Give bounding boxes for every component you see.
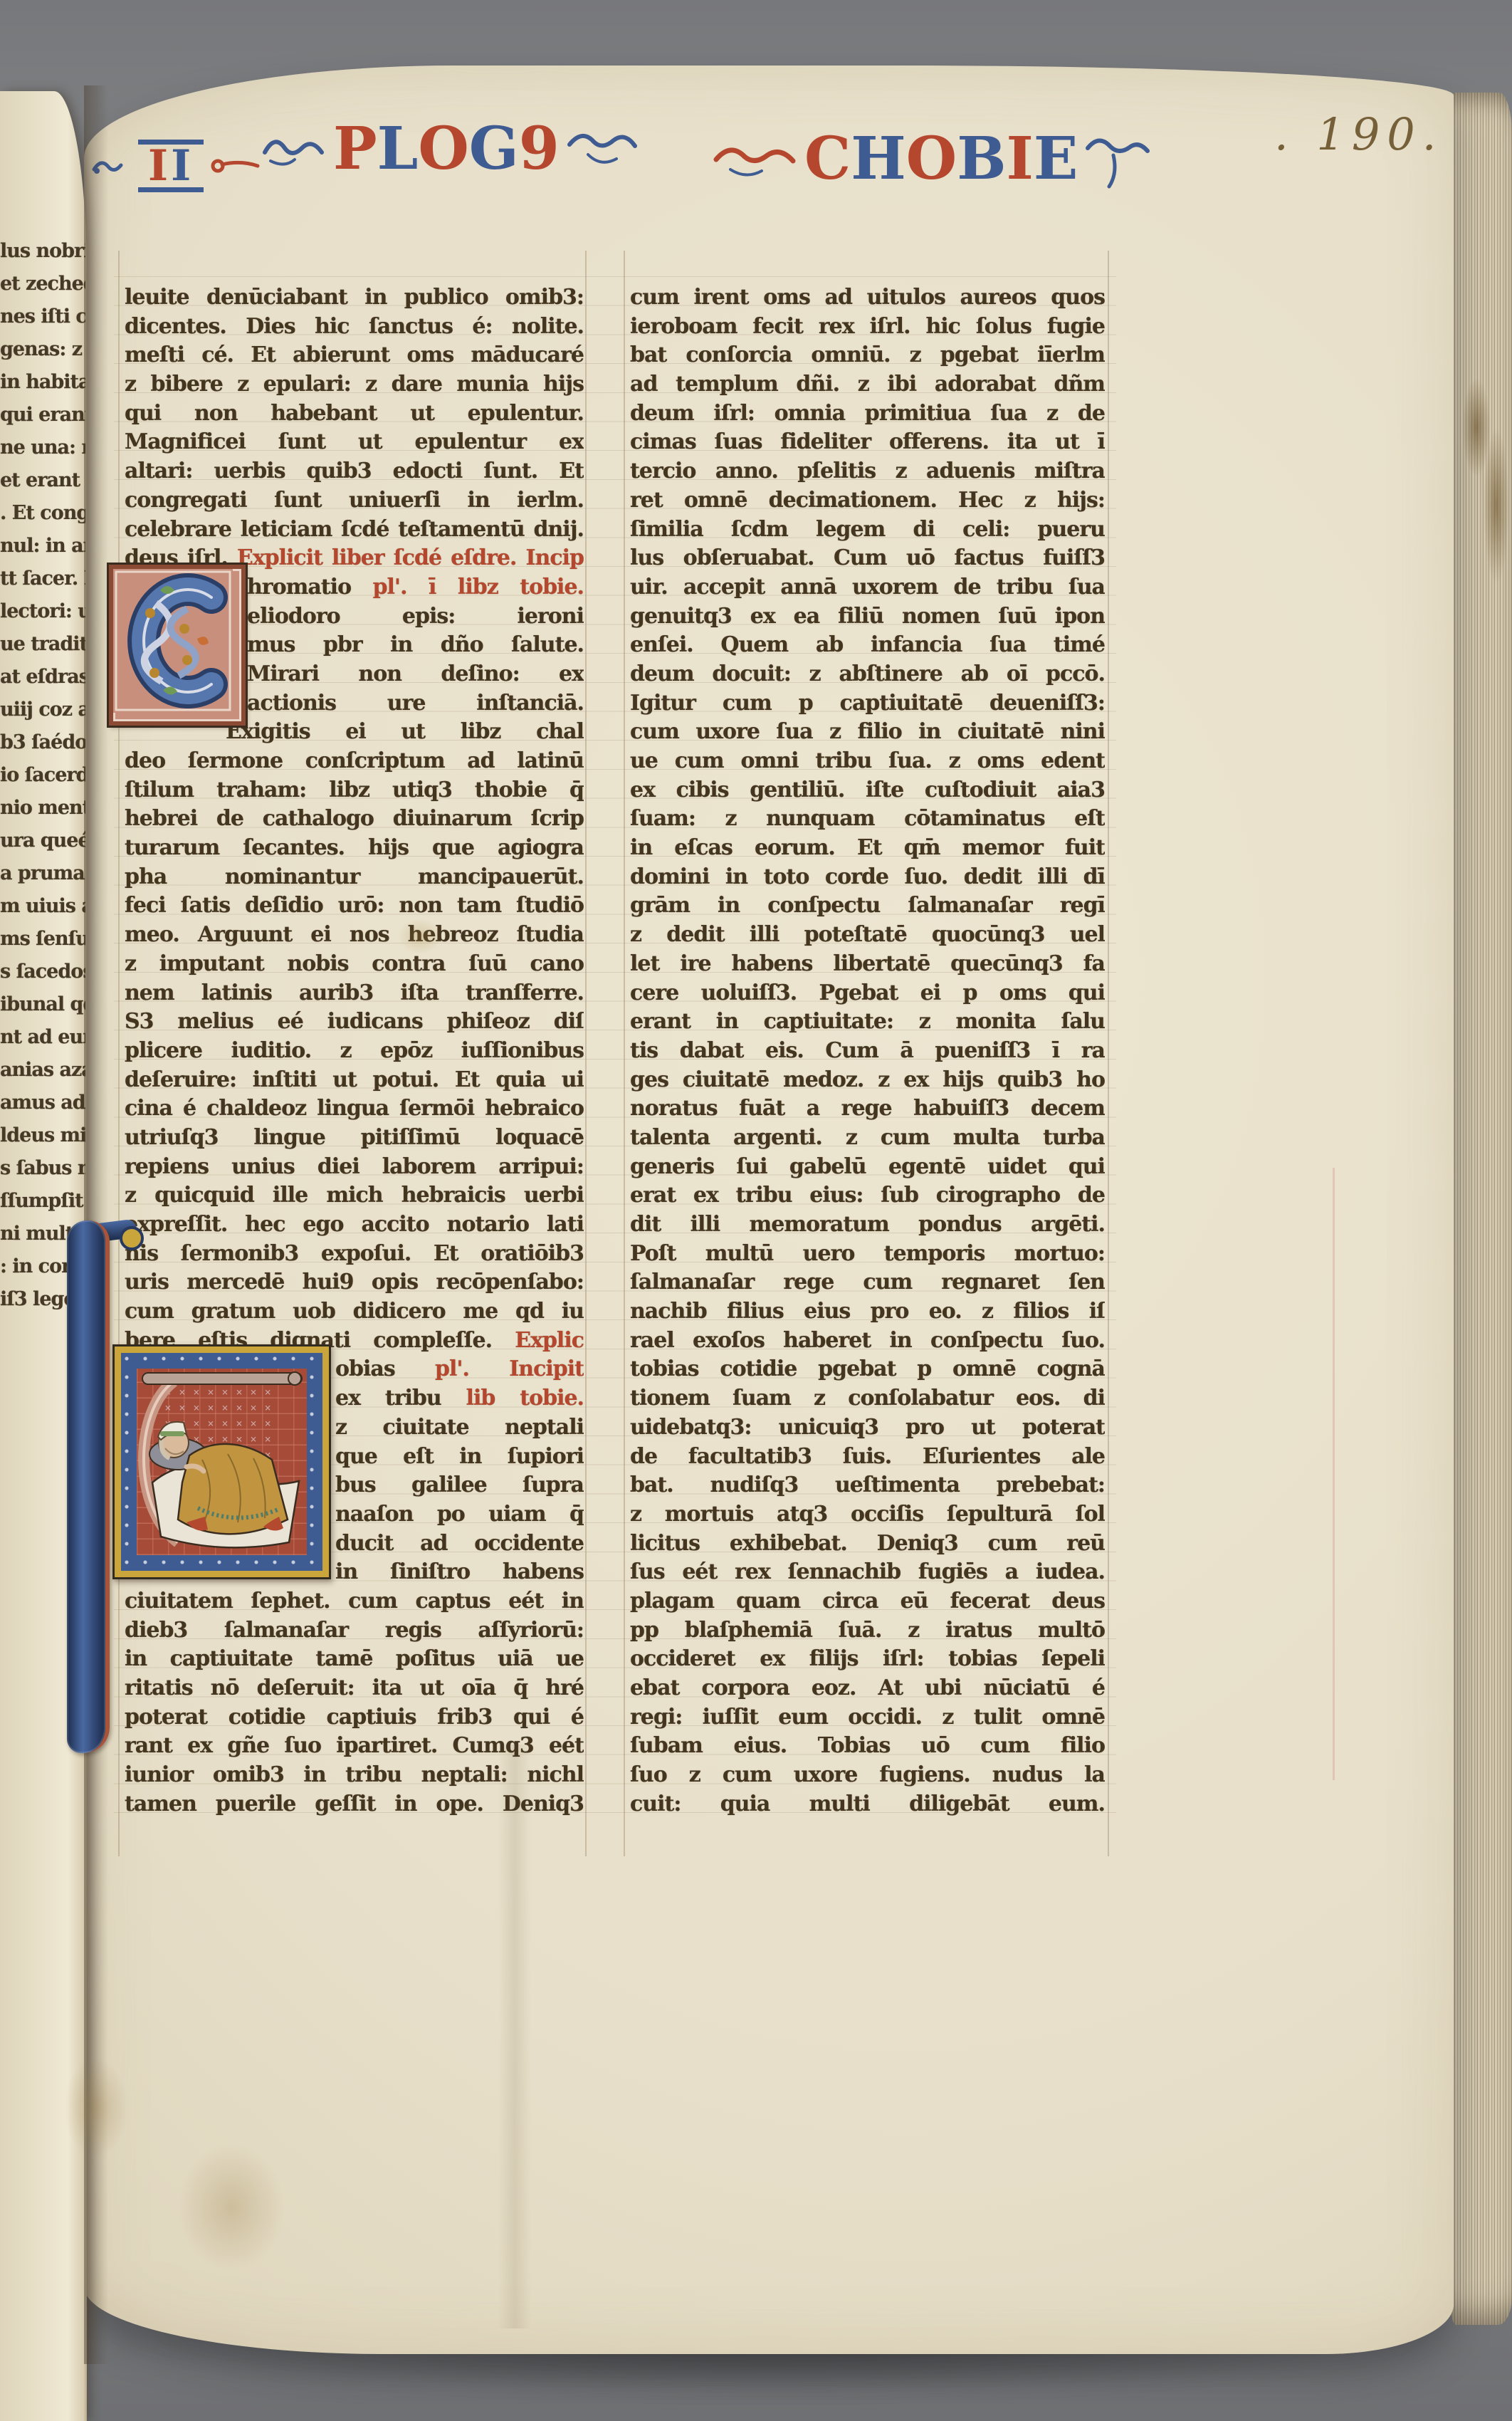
body-text: lus obſeruabat. Cum uō factus fuiſſ3 xyxy=(630,545,1105,570)
flourish-icon xyxy=(1085,127,1150,191)
text-line: cum gratum uob didicero me qd iu xyxy=(125,1297,584,1327)
rubric-text: pl'. ī libz tobie. xyxy=(373,575,584,600)
body-text: pha nominantur mancipauerūt. xyxy=(125,864,584,889)
text-line: noratus fuāt a rege habuiſſ3 decem xyxy=(630,1094,1105,1124)
text-line: Igitur cum p captiuitatē deueniſſ3: xyxy=(630,689,1105,718)
miniature-diaper-ground: ××××××××××××××××××××××××××××××××××××××××… xyxy=(137,1369,307,1555)
text-line: ſuam: z nunquam cōtaminatus eſt xyxy=(630,805,1105,834)
prev-leaf-text-line: ne una: nou xyxy=(0,432,85,464)
body-text: uris mercedē hui9 opis recōpenſabo: xyxy=(125,1270,584,1295)
text-line: ret omnē decimationem. Hec z hijs: xyxy=(630,486,1105,516)
body-text: eliodoro epis: ieroni xyxy=(247,604,584,629)
text-line: expreſſit. hec ego accito notario lati xyxy=(125,1210,584,1240)
text-line: plagam quam circa eū fecerat deus xyxy=(630,1587,1105,1616)
text-line: dieb3 ſalmanaſar regis aſſyriorū: xyxy=(125,1616,584,1646)
prev-leaf-text-line: nio mentis ſ xyxy=(0,792,85,825)
text-line: rant ex gñe ſuo ipartiret. Cumq3 eét xyxy=(125,1732,584,1761)
text-line: let ire habens libertatē quecūnq3 fa xyxy=(630,950,1105,979)
prev-leaf-text-line: et erant filij iſ xyxy=(0,464,85,497)
text-line: in eſcas eorum. Et qm̄ memor fuit xyxy=(630,834,1105,863)
body-text: ſimilia ſcdm legem di celi: pueru xyxy=(630,517,1105,542)
text-line: deum iſrl: omnia primitiua ſua z de xyxy=(630,399,1105,429)
text-line: generis ſui gabelū egentē uidet qui xyxy=(630,1153,1105,1182)
body-text: nem latinis aurib3 iſta tranſferre. xyxy=(125,981,584,1005)
text-line: talenta argenti. z cum multa turba xyxy=(630,1124,1105,1153)
body-text: genuitq3 ex ea filiū nomen ſuū ipon xyxy=(630,604,1105,629)
title-letters-prologus: PLOG9 xyxy=(333,120,560,178)
text-line: plicere iuditio. z epōz iuſſionibus xyxy=(125,1037,584,1066)
body-text: congregati ſunt uniuerſi in ierlm. xyxy=(125,488,584,513)
text-line: ebat corpora eoz. At ubi nūciatū é xyxy=(630,1674,1105,1703)
initial-extension-knob xyxy=(120,1226,144,1250)
body-text: deum iſrl: omnia primitiua ſua z de xyxy=(630,401,1105,426)
text-line: grām in conſpectu ſalmanaſar regī xyxy=(630,891,1105,921)
text-line: z dedit illi poteſtatē quocūnq3 uel xyxy=(630,921,1105,950)
prev-leaf-text-line: io ſacerdotib3 xyxy=(0,759,85,792)
body-text: repiens unius diei laborem arripui: xyxy=(125,1154,584,1179)
body-text: actionis ure inſtanciā. xyxy=(247,691,584,716)
body-text: Mirari non deſino: ex xyxy=(247,662,584,686)
body-text: in eſcas eorum. Et qm̄ memor fuit xyxy=(630,835,1105,860)
body-text: let ire habens libertatē quecūnq3 fa xyxy=(630,951,1105,976)
body-text: cum irent oms ad uitulos aureos quos xyxy=(630,285,1105,310)
body-text: domini in toto corde ſuo. dedit illi dī xyxy=(630,864,1105,889)
body-text: poterat cotidie captiuis frib3 qui é xyxy=(125,1705,584,1730)
body-text: Poſt multū uero temporis mortuo: xyxy=(630,1241,1105,1266)
body-text: licitus exhibebat. Deniq3 cum reū xyxy=(630,1531,1105,1556)
folio-number: . 190. xyxy=(1274,108,1443,160)
body-text: tis dabat eis. Cum ā pueniſſ3 ī ra xyxy=(630,1038,1105,1063)
prev-leaf-text-line: uiij coz auit xyxy=(0,694,85,726)
text-line: licitus exhibebat. Deniq3 cum reū xyxy=(630,1530,1105,1559)
body-text: tionem ſuam z conſolabatur eos. di xyxy=(630,1386,1105,1411)
historiated-initial-T-miniature: ××××××××××××××××××××××××××××××××××××××××… xyxy=(112,1344,331,1579)
text-line: z mortuis atq3 occiſis ſepulturā ſol xyxy=(630,1500,1105,1530)
body-text: rael exoſos haberet in conſpectu ſuo. xyxy=(630,1328,1105,1353)
body-text: deum docuit: z abſtinere ab oī pccō. xyxy=(630,662,1105,686)
text-line: repiens unius diei laborem arripui: xyxy=(125,1153,584,1182)
body-text: dicentes. Dies hic ſanctus é: nolite. xyxy=(125,314,584,339)
parchment-stain xyxy=(178,2143,285,2271)
body-text: cum uxore ſua z filio in ciuitatē nini xyxy=(630,719,1105,744)
text-line: z bibere z epulari: z dare munia hijs xyxy=(125,370,584,399)
body-text: S3 melius eé iudicans phiſeoz diſ xyxy=(125,1009,584,1034)
prev-leaf-text-line: nul: in arcam xyxy=(0,530,85,563)
header-letter: L xyxy=(377,115,419,183)
text-line: pha nominantur mancipauerūt. xyxy=(125,863,584,892)
body-text: noratus fuāt a rege habuiſſ3 decem xyxy=(630,1096,1105,1121)
body-text: tobias cotidie pgebat p omnē cognā xyxy=(630,1356,1105,1381)
prev-leaf-text-line: genas: z dim xyxy=(0,333,85,366)
body-text: naaſon po uiam q̄ xyxy=(335,1502,584,1527)
body-text: meo. Arguunt ei nos hebreoz ſtudia xyxy=(125,922,584,947)
rubric-text: Explic xyxy=(515,1328,584,1353)
text-line: cum irent oms ad uitulos aureos quos xyxy=(630,283,1105,313)
header-letter: C xyxy=(804,125,851,193)
text-line: ſuo z cum uxore fugiens. nudus la xyxy=(630,1761,1105,1790)
body-text: tercio anno. pſelitis z aduenis miſtra xyxy=(630,459,1105,483)
initial-C-artwork xyxy=(113,569,233,713)
text-line: de facultatib3 ſuis. Eſurientes ale xyxy=(630,1443,1105,1472)
text-column-left: leuite denūciabant in publico omib3:dice… xyxy=(125,283,584,1819)
ruling-vertical xyxy=(1108,251,1109,1856)
prev-leaf-text-line: s ſacedos z le xyxy=(0,956,85,988)
body-text: z dedit illi poteſtatē quocūnq3 uel xyxy=(630,922,1105,947)
body-text: hromatio xyxy=(247,575,373,600)
body-text: deſeruire: inſtiti ut potui. Et quia ui xyxy=(125,1067,584,1092)
numeral-letters: II xyxy=(138,140,204,192)
body-text: erant in captiuitate: z monita ſalu xyxy=(630,1009,1105,1034)
previous-leaf-text: lus nobri: yet zecheda ſenes iſti cōmgen… xyxy=(0,235,85,1316)
prev-leaf-text-line: lus nobri: y xyxy=(0,235,85,268)
text-line: turarum ſecantes. hijs que agiogra xyxy=(125,834,584,863)
text-line: nem latinis aurib3 iſta tranſferre. xyxy=(125,979,584,1008)
bleed-through-line xyxy=(1333,1168,1335,1780)
text-line: genuitq3 ex ea filiū nomen ſuū ipon xyxy=(630,602,1105,632)
body-text: bat. nudiſq3 ueſtimenta prebebat: xyxy=(630,1473,1105,1497)
text-line: iunior omib3 in tribu neptali: nichl xyxy=(125,1761,584,1790)
body-text: z mortuis atq3 occiſis ſepulturā ſol xyxy=(630,1502,1105,1527)
text-line: pp blaſphemiā ſuā. z iratus multō xyxy=(630,1616,1105,1646)
text-line: celebrare leticiam ſcdé teſtamentū dnij. xyxy=(125,516,584,545)
body-text: ex tribu xyxy=(335,1386,466,1411)
body-text: nachib filius eius pro eo. z filios iſ xyxy=(630,1299,1105,1324)
body-text: ſuo z cum uxore fugiens. nudus la xyxy=(630,1762,1105,1787)
text-line: uir. accepit annā uxorem de tribu ſua xyxy=(630,573,1105,602)
prev-leaf-text-line: nes iſti cōm xyxy=(0,300,85,333)
text-line: cina é chaldeoz lingua ſermōi hebraico xyxy=(125,1094,584,1124)
text-line: poterat cotidie captiuis frib3 qui é xyxy=(125,1703,584,1732)
body-text: ſtilum traham: libz utiq3 thobie q̄ xyxy=(125,778,584,802)
running-title-right: CHOBIE xyxy=(712,127,1150,191)
body-text: rant ex gñe ſuo ipartiret. Cumq3 eét xyxy=(125,1733,584,1758)
text-line: ritatis nō deſeruit: ita ut oīa q̄ hré xyxy=(125,1674,584,1703)
text-line: tobias cotidie pgebat p omnē cognā xyxy=(630,1355,1105,1384)
body-text: nis ſermonib3 expoſui. Et oratiōib3 xyxy=(125,1241,584,1266)
body-text: de facultatib3 ſuis. Eſurientes ale xyxy=(630,1444,1105,1469)
body-text: ges ciuitatē medoz. z ex hijs quib3 ho xyxy=(630,1067,1105,1092)
header-letter: G xyxy=(469,115,519,183)
rubric-text: pl'. Incipit xyxy=(435,1356,584,1381)
ruling-vertical xyxy=(624,251,625,1856)
body-text: cere uoluiſſ3. Pgebat ei p oms qui xyxy=(630,981,1105,1005)
header-letter: E xyxy=(1034,125,1078,193)
fore-edge-page-stack xyxy=(1449,93,1512,2325)
text-line: deo ſermone conſcriptum ad latinū xyxy=(125,747,584,776)
prev-leaf-text-line: ldeus miſael xyxy=(0,1119,85,1152)
prev-leaf-text-line: et zecheda ſe xyxy=(0,268,85,300)
parchment-stain xyxy=(64,2058,128,2158)
body-text: deo ſermone conſcriptum ad latinū xyxy=(125,748,584,773)
prev-leaf-text-line: a pruma liur xyxy=(0,857,85,890)
text-line: utriuſq3 lingue pitiſſimū loquacē xyxy=(125,1124,584,1153)
body-text: in captiuitate tamē poſitus uiā ue xyxy=(125,1646,584,1671)
body-text: meſti cé. Et abierunt oms māducaré xyxy=(125,343,584,367)
body-text: dit illi memoratum pondus argēti. xyxy=(630,1212,1105,1237)
body-text: ebat corpora eoz. At ubi nūciatū é xyxy=(630,1675,1105,1700)
text-line: Magnificei ſunt ut epulentur ex xyxy=(125,428,584,457)
body-text: pp blaſphemiā ſuā. z iratus multō xyxy=(630,1618,1105,1643)
body-text: feci ſatis deſidio urō: non tam ſtudiō xyxy=(125,893,584,918)
body-text: bus galilee ſupra xyxy=(335,1473,584,1497)
text-line: S3 melius eé iudicans phiſeoz diſ xyxy=(125,1008,584,1037)
text-line: erant in captiuitate: z monita ſalu xyxy=(630,1008,1105,1037)
text-line: rael exoſos haberet in conſpectu ſuo. xyxy=(630,1327,1105,1356)
rubric-text: Explicit liber ſcdé eſdre. Incip xyxy=(237,545,584,570)
body-text: Igitur cum p captiuitatē deueniſſ3: xyxy=(630,691,1105,716)
prev-leaf-text-line: amus ad de xyxy=(0,1087,85,1119)
text-line: meo. Arguunt ei nos hebreoz ſtudia xyxy=(125,921,584,950)
body-text: Magnificei ſunt ut epulentur ex xyxy=(125,429,584,454)
text-line: meſti cé. Et abierunt oms māducaré xyxy=(125,341,584,370)
prev-leaf-text-line: ue tradita é a xyxy=(0,628,85,661)
text-line: ſtilum traham: libz utiq3 thobie q̄ xyxy=(125,776,584,805)
ruling-vertical xyxy=(118,251,120,1856)
body-text: z imputant nobis contra ſuū cano xyxy=(125,951,584,976)
text-line: dit illi memoratum pondus argēti. xyxy=(630,1210,1105,1240)
parchment-crease xyxy=(498,1745,531,2328)
decorated-initial-C xyxy=(109,565,246,726)
text-line: cuit: quia multi diligebāt eum. xyxy=(630,1790,1105,1819)
ruling-vertical xyxy=(585,251,587,1856)
body-text: enſei. Quem ab infancia ſua timé xyxy=(630,632,1105,657)
body-text: altari: uerbis quib3 edocti ſunt. Et xyxy=(125,459,584,483)
running-title-left: PLOG9 xyxy=(261,120,638,178)
text-line: hebrei de cathalogo diuinarum ſcrip xyxy=(125,805,584,834)
prev-leaf-text-line: nt ad eum xyxy=(0,1021,85,1054)
body-text: celebrare leticiam ſcdé teſtamentū dnij. xyxy=(125,517,584,542)
text-line: ieroboam fecit rex iſrl. hic ſolus fugie xyxy=(630,313,1105,342)
prev-leaf-text-line: m uiuis ami xyxy=(0,890,85,923)
body-text: Exigitis ei ut libz chal xyxy=(226,719,584,744)
body-text: erat ex tribu eius: ſub cirographo de xyxy=(630,1183,1105,1208)
tobit-sleeping-scene xyxy=(137,1369,307,1555)
body-text: ſalmanaſar rege cum regnaret ſen xyxy=(630,1270,1105,1295)
flourish-icon xyxy=(261,124,326,174)
text-line: domini in toto corde ſuo. dedit illi dī xyxy=(630,863,1105,892)
text-line: regi: iuſſit eum occidi. z tulit omnē xyxy=(630,1703,1105,1732)
text-line: enſei. Quem ab infancia ſua timé xyxy=(630,631,1105,660)
prev-leaf-text-line: ms ſenſum a xyxy=(0,923,85,956)
text-line: ſimilia ſcdm legem di celi: pueru xyxy=(630,516,1105,545)
text-line: tamen puerile geſſit in ope. Deniq3 xyxy=(125,1790,584,1819)
body-text: generis ſui gabelū egentē uidet qui xyxy=(630,1154,1105,1179)
body-text: cina é chaldeoz lingua ſermōi hebraico xyxy=(125,1096,584,1121)
body-text: ex cibis gentiliū. iſte cuſtodiuit aia3 xyxy=(630,778,1105,802)
text-line: qui non habebant ut epulentur. xyxy=(125,399,584,429)
text-line: tis dabat eis. Cum ā pueniſſ3 ī ra xyxy=(630,1037,1105,1066)
body-text: cuit: quia multi diligebāt eum. xyxy=(630,1792,1105,1816)
header-letter: I xyxy=(171,141,194,191)
body-text: iunior omib3 in tribu neptali: nichl xyxy=(125,1762,584,1787)
fore-edge-stain xyxy=(1484,427,1509,584)
body-text: expreſſit. hec ego accito notario lati xyxy=(125,1212,584,1237)
parchment-stain xyxy=(399,919,441,954)
text-line: ue cum omni tribu ſua. z oms edent xyxy=(630,747,1105,776)
body-text: talenta argenti. z cum multa turba xyxy=(630,1125,1105,1150)
text-line: cere uoluiſſ3. Pgebat ei p oms qui xyxy=(630,979,1105,1008)
flourish-icon xyxy=(567,120,638,177)
prev-leaf-text-line: in habitau xyxy=(0,366,85,399)
prev-leaf-text-line: b3 ſaédo xyxy=(0,726,85,759)
body-text: ieroboam fecit rex iſrl. hic ſolus fugie xyxy=(630,314,1105,339)
body-text: tamen puerile geſſit in ope. Deniq3 xyxy=(125,1792,584,1816)
text-line: ciuitatem ſephet. cum captus eét in xyxy=(125,1587,584,1616)
body-text: qui non habebant ut epulentur. xyxy=(125,401,584,426)
header-letter: I xyxy=(1007,125,1034,193)
body-text: hebrei de cathalogo diuinarum ſcrip xyxy=(125,806,584,831)
text-line: cum uxore ſua z filio in ciuitatē nini xyxy=(630,718,1105,747)
prev-leaf-text-line: ibunal qd ſ xyxy=(0,988,85,1021)
body-text: ue cum omni tribu ſua. z oms edent xyxy=(630,748,1105,773)
prev-leaf-text-line: at eſdras pri xyxy=(0,661,85,694)
text-line: feci ſatis deſidio urō: non tam ſtudiō xyxy=(125,891,584,921)
text-line: ſalmanaſar rege cum regnaret ſen xyxy=(630,1268,1105,1297)
body-text: regi: iuſſit eum occidi. z tulit omnē xyxy=(630,1705,1105,1730)
manuscript-photo: II PLOG9 CHOBIE . 190. lus nobri: yet ze… xyxy=(0,0,1512,2421)
text-line: nachib filius eius pro eo. z filios iſ xyxy=(630,1297,1105,1327)
body-text: ciuitatem ſephet. cum captus eét in xyxy=(125,1589,584,1614)
text-line: ex cibis gentiliū. iſte cuſtodiuit aia3 xyxy=(630,776,1105,805)
text-line: leuite denūciabant in publico omib3: xyxy=(125,283,584,313)
prev-leaf-text-line: qui erant er xyxy=(0,399,85,432)
body-text: dieb3 ſalmanaſar regis aſſyriorū: xyxy=(125,1618,584,1643)
body-text: utriuſq3 lingue pitiſſimū loquacē xyxy=(125,1125,584,1150)
text-line: uris mercedē hui9 opis recōpenſabo: xyxy=(125,1268,584,1297)
prev-leaf-text-line: anias azari xyxy=(0,1054,85,1087)
initial-extension-bar xyxy=(67,1220,110,1753)
miniature-blue-frame: ××××××××××××××××××××××××××××××××××××××××… xyxy=(121,1353,322,1571)
quire-numeral: II xyxy=(91,140,261,192)
header-letter: P xyxy=(333,115,377,183)
body-text: ſus eét rex ſennachib fugiēs a iudea. xyxy=(630,1559,1105,1584)
body-text: leuite denūciabant in publico omib3: xyxy=(125,285,584,310)
text-line: z quicquid ille mich hebraicis uerbi xyxy=(125,1181,584,1210)
body-text: z quicquid ille mich hebraicis uerbi xyxy=(125,1183,584,1208)
text-line: bat conſorcia omniū. z pgebat iīerlm xyxy=(630,341,1105,370)
text-line: ſus eét rex ſennachib fugiēs a iudea. xyxy=(630,1558,1105,1587)
text-line: ad templum dñi. z ibi adorabat dñm xyxy=(630,370,1105,399)
text-line: tercio anno. pſelitis z aduenis miſtra xyxy=(630,457,1105,486)
prev-leaf-text-line: ſſumpſit e xyxy=(0,1185,85,1218)
body-text: ſubam eius. Tobias uō cum filio xyxy=(630,1733,1105,1758)
body-text: grām in conſpectu ſalmanaſar regī xyxy=(630,893,1105,918)
text-line: tionem ſuam z conſolabatur eos. di xyxy=(630,1384,1105,1413)
text-line: bat. nudiſq3 ueſtimenta prebebat: xyxy=(630,1471,1105,1500)
body-text: obias xyxy=(335,1356,435,1381)
text-line: lus obſeruabat. Cum uō factus fuiſſ3 xyxy=(630,544,1105,573)
header-letter: H xyxy=(851,125,905,193)
text-line: ges ciuitatē medoz. z ex hijs quib3 ho xyxy=(630,1066,1105,1095)
body-text: z ciuitate neptali xyxy=(335,1415,584,1440)
text-line: in captiuitate tamē poſitus uiā ue xyxy=(125,1645,584,1674)
body-text: uidebatq3: unicuiq3 pro ut poterat xyxy=(630,1415,1105,1440)
prev-leaf-text-line: s ſabus nab xyxy=(0,1152,85,1185)
flourish-icon xyxy=(211,155,261,177)
header-letter: 9 xyxy=(519,115,560,183)
text-line: congregati ſunt uniuerſi in ierlm. xyxy=(125,486,584,516)
body-text: plagam quam circa eū fecerat deus xyxy=(630,1589,1105,1614)
body-text: plicere iuditio. z epōz iuſſionibus xyxy=(125,1038,584,1063)
prev-leaf-text-line: . Et congrega xyxy=(0,497,85,530)
text-line: Poſt multū uero temporis mortuo: xyxy=(630,1240,1105,1269)
rubric-text: lib tobie. xyxy=(466,1386,584,1411)
header-letter: B xyxy=(957,125,1006,193)
body-text: uir. accepit annā uxorem de tribu ſua xyxy=(630,575,1105,600)
body-text: bat conſorcia omniū. z pgebat iīerlm xyxy=(630,343,1105,367)
flourish-icon xyxy=(712,134,797,184)
text-line: occideret ex filijs iſrl: tobias ſepeli xyxy=(630,1645,1105,1674)
title-letters-thobie: CHOBIE xyxy=(804,130,1078,188)
text-line: cimas ſuas fideliter offerens. ita ut ī xyxy=(630,428,1105,457)
body-text: que eſt in ſupiori xyxy=(335,1444,584,1469)
body-text: cimas ſuas fideliter offerens. ita ut ī xyxy=(630,429,1105,454)
prev-leaf-text-line: tt ſacer. Et xyxy=(0,563,85,595)
body-text: ret omnē decimationem. Hec z hijs: xyxy=(630,488,1105,513)
body-text: ritatis nō deſeruit: ita ut oīa q̄ hré xyxy=(125,1675,584,1700)
prev-leaf-text-line: ura queé an xyxy=(0,825,85,857)
body-text: mus pbr in dño ſalute. xyxy=(247,632,584,657)
text-line: dicentes. Dies hic ſanctus é: nolite. xyxy=(125,313,584,342)
text-line: nis ſermonib3 expoſui. Et oratiōib3 xyxy=(125,1240,584,1269)
text-line: erat ex tribu eius: ſub cirographo de xyxy=(630,1181,1105,1210)
body-text: ducit ad occidente xyxy=(335,1531,584,1556)
body-text: z bibere z epulari: z dare munia hijs xyxy=(125,372,584,397)
text-line: uidebatq3: unicuiq3 pro ut poterat xyxy=(630,1413,1105,1443)
body-text: in ſiniſtro habens xyxy=(335,1559,584,1584)
text-line: altari: uerbis quib3 edocti ſunt. Et xyxy=(125,457,584,486)
body-text: ſuam: z nunquam cōtaminatus eſt xyxy=(630,806,1105,831)
header-letter: O xyxy=(418,115,468,183)
text-line: deſeruire: inſtiti ut potui. Et quia ui xyxy=(125,1066,584,1095)
prev-leaf-text-line: lectori: ut a xyxy=(0,595,85,628)
text-line: ſubam eius. Tobias uō cum filio xyxy=(630,1732,1105,1761)
text-column-right: cum irent oms ad uitulos aureos quosiero… xyxy=(630,283,1105,1819)
body-text: occideret ex filijs iſrl: tobias ſepeli xyxy=(630,1646,1105,1671)
header-letter: I xyxy=(148,141,171,191)
text-line: deum docuit: z abſtinere ab oī pccō. xyxy=(630,660,1105,689)
header-letter: O xyxy=(906,125,957,193)
body-text: cum gratum uob didicero me qd iu xyxy=(125,1299,584,1324)
body-text: ad templum dñi. z ibi adorabat dñm xyxy=(630,372,1105,397)
body-text: turarum ſecantes. hijs que agiogra xyxy=(125,835,584,860)
text-line: z imputant nobis contra ſuū cano xyxy=(125,950,584,979)
